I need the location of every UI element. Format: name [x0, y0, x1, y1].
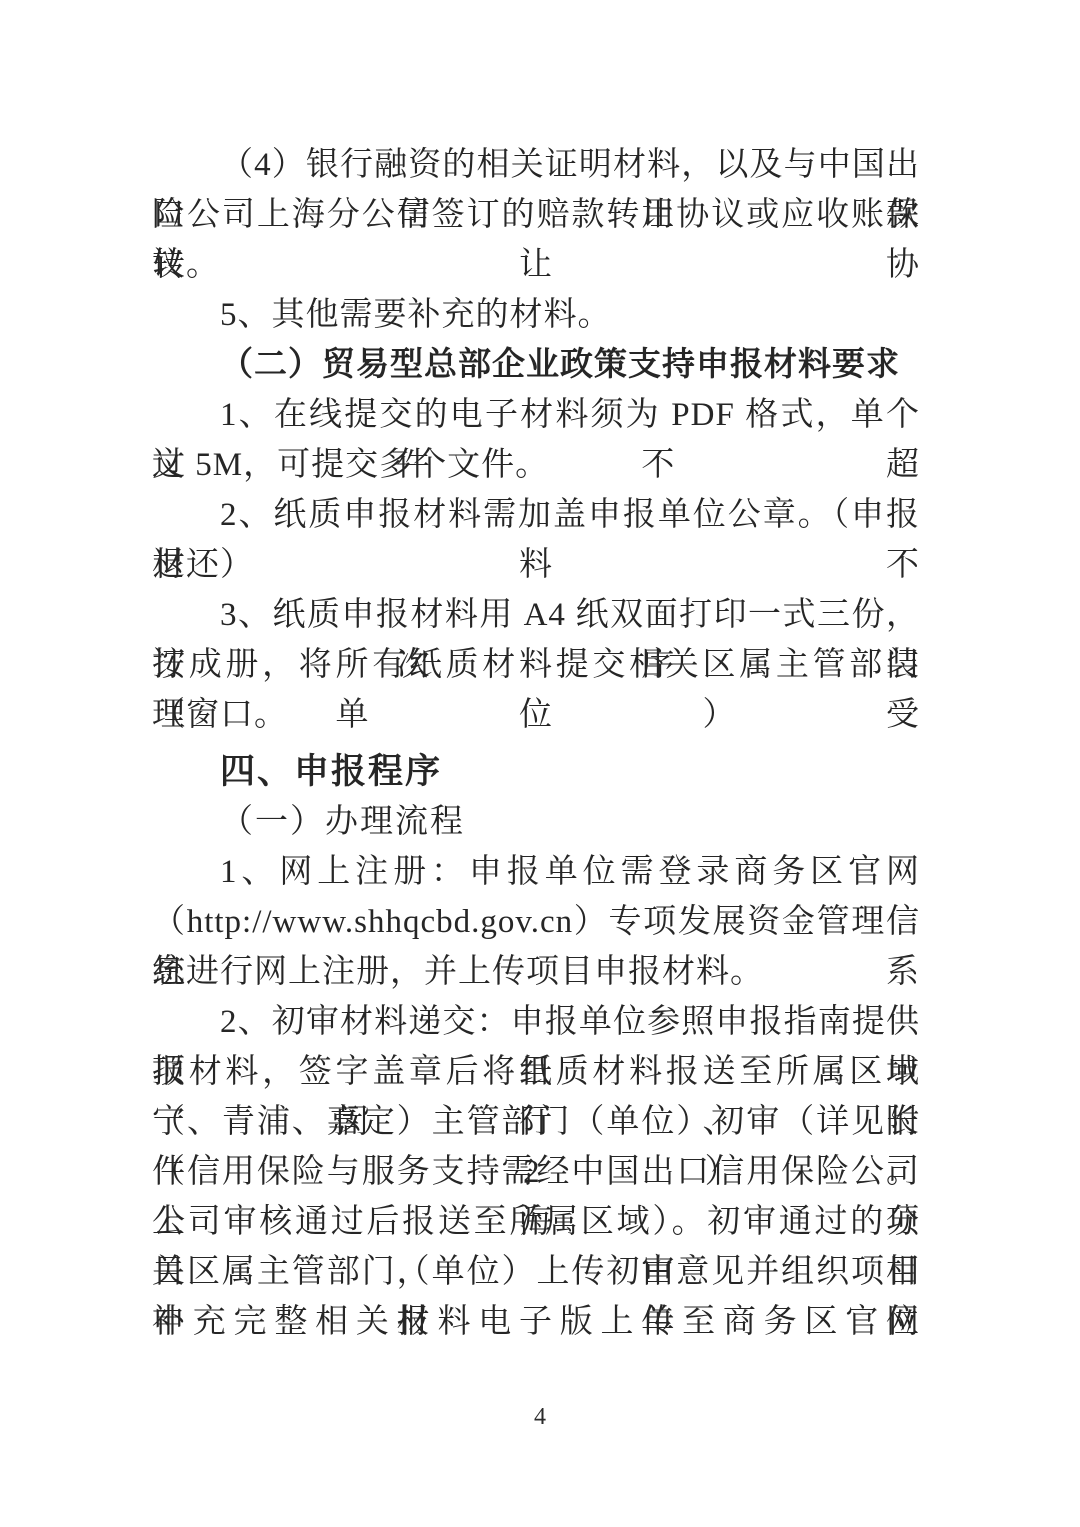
text-line: 关区属主管部门（单位）上传初审意见并组织项目申报单位 [152, 1247, 920, 1297]
text-line: 宁、青浦、嘉定）主管部门（单位）初审（详见附件 2）。 [152, 1097, 920, 1147]
text-line: 订成册，将所有纸质材料提交相关区属主管部门（单位）受 [152, 640, 920, 690]
text-line: 1、在线提交的电子材料须为 PDF 格式，单个文件不超 [152, 390, 920, 440]
text-line: 3、纸质申报材料用 A4 纸双面打印一式三份，按次序装 [152, 590, 920, 640]
text-line: 险公司上海分公司签订的赔款转让协议或应收账款转让协 [152, 190, 920, 240]
text-line: 5、其他需要补充的材料。 [152, 290, 920, 340]
text-line: 1、网上注册：申报单位需登录商务区官网 [152, 847, 920, 897]
section-heading: 四、申报程序 [152, 747, 920, 797]
text-line: 2、纸质申报材料需加盖申报单位公章。（申报材料不 [152, 490, 920, 540]
text-line: 2、初审材料递交：申报单位参照申报指南提供项目申 [152, 997, 920, 1047]
text-line: 公司审核通过后报送至所属区域）。初审通过的项目，由相 [152, 1197, 920, 1247]
subsection-heading: （二）贸易型总部企业政策支持申报材料要求 [152, 340, 920, 390]
document-page: （4）银行融资的相关证明材料，以及与中国出口信用保 险公司上海分公司签订的赔款转… [0, 0, 1080, 1527]
subsection-heading: （一）办理流程 [152, 797, 920, 847]
text-line: （信用保险与服务支持需经中国出口信用保险公司上海分 [152, 1147, 920, 1197]
page-number: 4 [0, 1404, 1080, 1431]
text-line-url: （http://www.shhqcbd.gov.cn）专项发展资金管理信息系 [152, 897, 920, 947]
document-text-block: （4）银行融资的相关证明材料，以及与中国出口信用保 险公司上海分公司签订的赔款转… [152, 140, 920, 1347]
text-line: （4）银行融资的相关证明材料，以及与中国出口信用保 [152, 140, 920, 190]
text-line: 报材料，签字盖章后将纸质材料报送至所属区域（闵行、长 [152, 1047, 920, 1097]
text-line: 补充完整相关材料电子版上传至商务区官网 [152, 1297, 920, 1347]
